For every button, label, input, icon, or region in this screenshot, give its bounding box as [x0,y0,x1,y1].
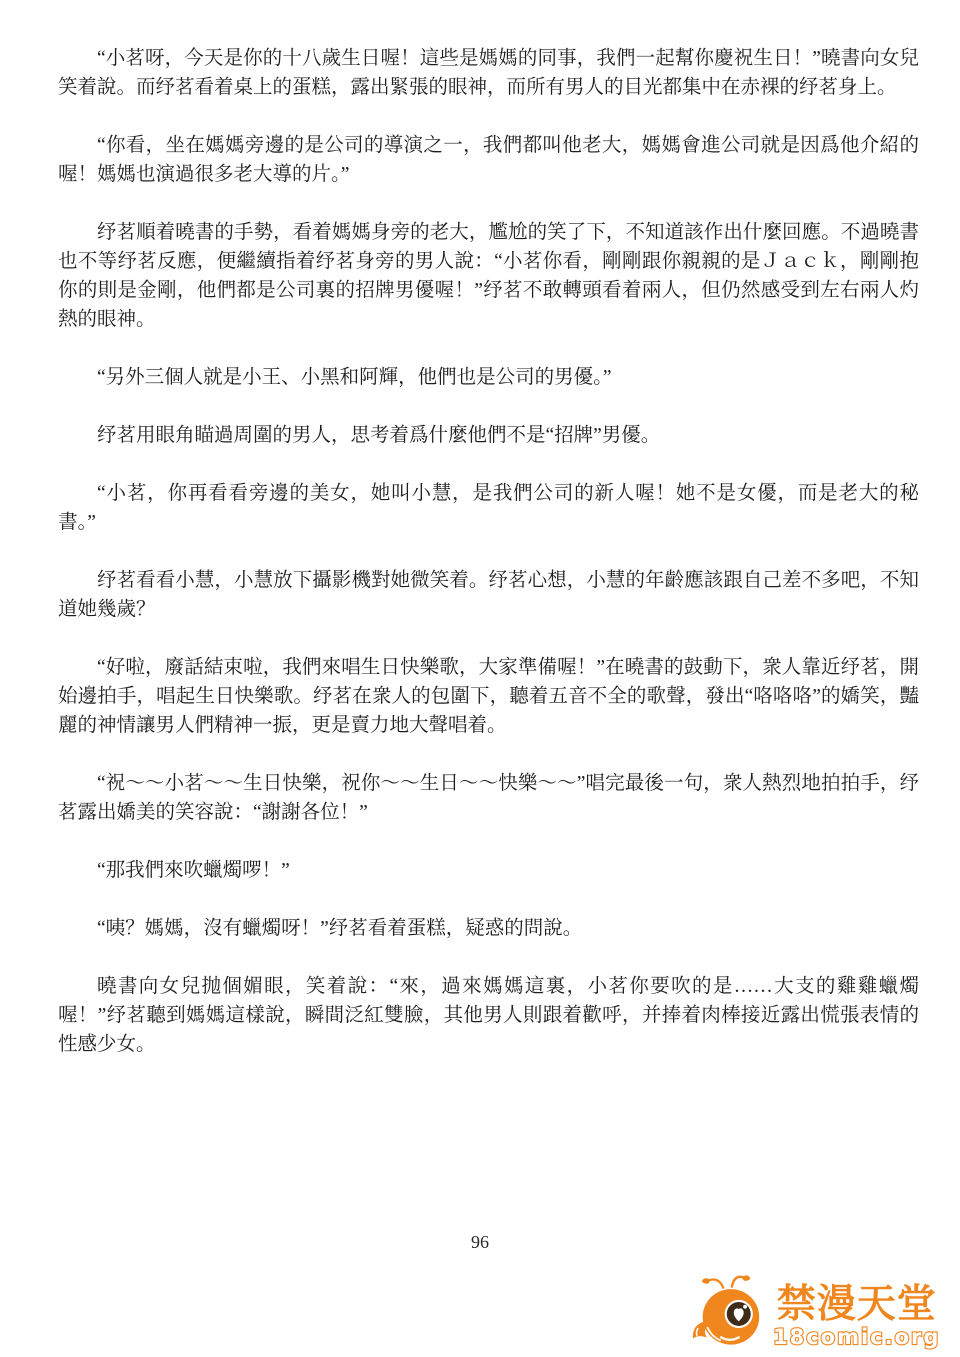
logo-text-column: 禁漫天堂 18comic.org [773,1285,940,1349]
site-logo: 禁漫天堂 18comic.org [690,1272,940,1352]
document-page: “小茗呀，今天是你的十八歲生日喔！這些是媽媽的同事，我們一起幫你慶祝生日！”曉書… [0,0,960,1357]
site-url-text: 18comic.org [773,1326,940,1349]
site-name-text: 禁漫天堂 [777,1285,937,1324]
whale-heart-mascot-icon [690,1273,768,1351]
paragraph: “你看，坐在媽媽旁邊的是公司的導演之一，我們都叫他老大，媽媽會進公司就是因爲他介… [58,131,919,189]
page-number: 96 [0,1232,960,1253]
paragraph: “小茗，你再看看旁邊的美女，她叫小慧，是我們公司的新人喔！她不是女優，而是老大的… [58,479,919,537]
paragraph: “另外三個人就是小王、小黑和阿輝，他們也是公司的男優。” [58,363,919,392]
paragraph: 纾茗順着曉書的手勢，看着媽媽身旁的老大，尷尬的笑了下，不知道該作出什麼回應。不過… [58,218,919,334]
paragraph: “小茗呀，今天是你的十八歲生日喔！這些是媽媽的同事，我們一起幫你慶祝生日！”曉書… [58,44,919,102]
paragraph: “那我們來吹蠟燭啰！” [58,856,919,885]
story-text: “小茗呀，今天是你的十八歲生日喔！這些是媽媽的同事，我們一起幫你慶祝生日！”曉書… [58,44,919,1059]
paragraph: 纾茗看看小慧，小慧放下攝影機對她微笑着。纾茗心想，小慧的年齡應該跟自己差不多吧，… [58,566,919,624]
paragraph: “咦？媽媽，沒有蠟燭呀！”纾茗看着蛋糕，疑惑的問說。 [58,914,919,943]
paragraph: “好啦，廢話結束啦，我們來唱生日快樂歌，大家準備喔！”在曉書的鼓動下，衆人靠近纾… [58,653,919,740]
paragraph: “祝～～小茗～～生日快樂，祝你～～生日～～快樂～～”唱完最後一句，衆人熱烈地拍拍… [58,769,919,827]
paragraph: 曉書向女兒抛個媚眼，笑着說：“來，過來媽媽這裏，小茗你要吹的是……大支的雞雞蠟燭… [58,972,919,1059]
paragraph: 纾茗用眼角瞄過周圍的男人，思考着爲什麼他們不是“招牌”男優。 [58,421,919,450]
